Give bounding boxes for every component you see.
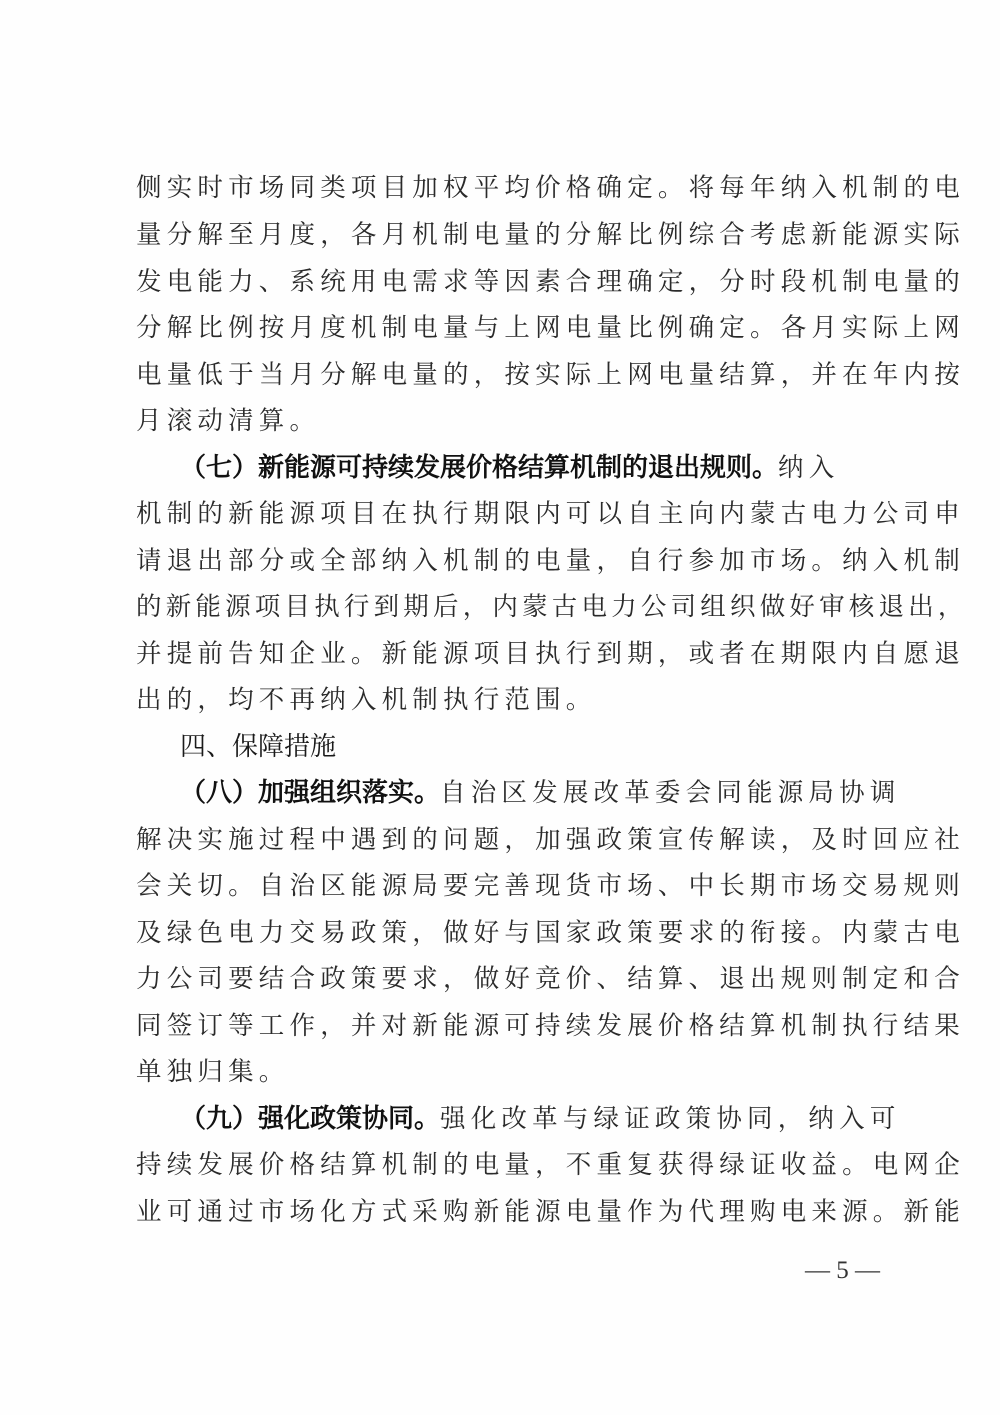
document-page: 侧实时市场同类项目加权平均价格确定。将每年纳入机制的电 量分解至月度，各月机制电… (0, 0, 1000, 1415)
body-line: 电量低于当月分解电量的，按实际上网电量结算，并在年内按 (136, 355, 876, 395)
section-8-text: 自治区发展改革委会同能源局协调 (440, 778, 901, 808)
section-8-first-line: （八）加强组织落实。自治区发展改革委会同能源局协调 (180, 773, 880, 813)
body-line: 会关切。自治区能源局要完善现货市场、中长期市场交易规则 (136, 866, 876, 906)
chapter-heading: 四、保障措施 (180, 727, 920, 767)
body-line: 持续发展价格结算机制的电量，不重复获得绿证收益。电网企 (136, 1145, 876, 1185)
body-line: 并提前告知企业。新能源项目执行到期，或者在期限内自愿退 (136, 634, 876, 674)
body-line: 及绿色电力交易政策，做好与国家政策要求的衔接。内蒙古电 (136, 913, 876, 953)
body-line: 分解比例按月度机制电量与上网电量比例确定。各月实际上网 (136, 308, 876, 348)
body-line: 月滚动清算。 (136, 401, 876, 441)
body-line: 请退出部分或全部纳入机制的电量，自行参加市场。纳入机制 (136, 541, 876, 581)
body-line: 解决实施过程中遇到的问题，加强政策宣传解读，及时回应社 (136, 820, 876, 860)
section-9-title: （九）强化政策协同。 (180, 1104, 440, 1134)
section-7-title: （七）新能源可持续发展价格结算机制的退出规则。 (180, 453, 778, 483)
body-line: 量分解至月度，各月机制电量的分解比例综合考虑新能源实际 (136, 215, 876, 255)
body-line: 发电能力、系统用电需求等因素合理确定，分时段机制电量的 (136, 262, 876, 302)
body-line: 同签订等工作，并对新能源可持续发展价格结算机制执行结果 (136, 1006, 876, 1046)
body-line: 力公司要结合政策要求，做好竞价、结算、退出规则制定和合 (136, 959, 876, 999)
page-number: — 5 — (790, 1254, 880, 1288)
body-line: 单独归集。 (136, 1052, 876, 1092)
body-line: 侧实时市场同类项目加权平均价格确定。将每年纳入机制的电 (136, 168, 876, 208)
section-7-first-line: （七）新能源可持续发展价格结算机制的退出规则。纳入 (180, 448, 880, 488)
body-line: 出的，均不再纳入机制执行范围。 (136, 680, 876, 720)
section-8-title: （八）加强组织落实。 (180, 778, 440, 808)
body-line: 机制的新能源项目在执行期限内可以自主向内蒙古电力公司申 (136, 494, 876, 534)
body-line: 业可通过市场化方式采购新能源电量作为代理购电来源。新能 (136, 1192, 876, 1232)
section-9-text: 强化改革与绿证政策协同，纳入可 (440, 1104, 901, 1134)
section-7-text: 纳入 (778, 453, 839, 483)
section-9-first-line: （九）强化政策协同。强化改革与绿证政策协同，纳入可 (180, 1099, 880, 1139)
body-line: 的新能源项目执行到期后，内蒙古电力公司组织做好审核退出， (136, 587, 876, 627)
